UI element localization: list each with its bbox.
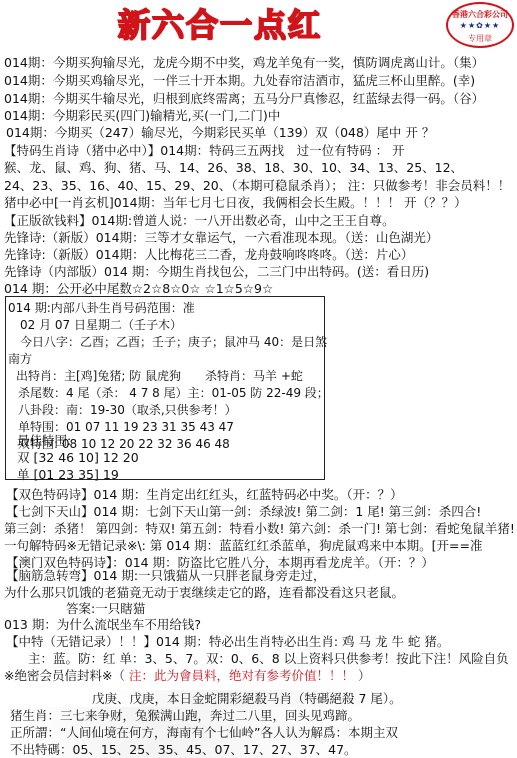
text-line: 第三剑：杀猪！ 第四剑：特双! 第五剑：特看小数! 第六剑：杀一门! 第七剑：看… [4,520,515,537]
text-line: 为什么那只饥饿的老猫竟无动于衷继续走它的路，连看都没看这只老鼠。 [4,584,404,601]
text-line: 24、23、35、16、40、15、29、20、（本期可稳鼠杀肖）； 注：只做参… [4,177,510,194]
text-line: 猪中必中[一肖玄机]014期：当年七月七日夜，我俩相会长生殿。！！！ 开（？？） [4,194,467,211]
stamp-stars-icon: ★★✿★★ [448,21,512,30]
box-line: 出特肖：主[鸡]兔猪; 防 鼠虎狗 杀特肖：马羊 +蛇 [16,368,303,385]
box-line: 单 [01 23 35] 19 [17,466,119,483]
text-line: 014 期：公开必中尾数☆2☆8☆0☆ ☆1☆5☆9☆ [4,280,273,297]
box-line: 02 月 07 日星期二（壬子木） [20,317,182,334]
text-line: 先锋诗:（新版）014期：人比梅花三二香，龙舟鼓响咚咚咚。（送：片心） [4,246,413,263]
box-line: 杀尾数：4 尾（杀： 4 7 8 尾）主：01-05 防 22-49 段； [18,385,329,402]
stamp-company-name: 香港六合彩公司 [448,9,512,20]
company-stamp: 香港六合彩公司 ★★✿★★ 专用章 [446,2,514,48]
text-line: 【七剑下天山】014 期：七剑下天山第一剑：杀绿波! 第二剑：1 尾! 第三剑：… [6,503,481,520]
text-line: 013 期：为什么流氓坐车不用给钱? [4,616,201,633]
text-line: 先锋诗:（新版）014期：三等才女靠运气，一六看准现本现。（送：山色湖光） [4,229,438,246]
text-line: 猴、龙、鼠、鸡、狗、猪、马、14、26、38、18、30、10、34、13、25… [4,159,463,176]
text-line: 014期：今期买鸡输尽光，一伴三十开本期。九处春帘洁酒市，猛虎三杯山里醉。(幸) [4,72,475,89]
text-line: 014期：今期彩民买(四门)输精光,买(一门,二门)中 [4,107,280,124]
box-line: 最佳特围: [17,432,71,449]
text-line: 先锋诗（内部版）014 期：今期生肖找包公，二三门中出特码。(送：看日历) [4,263,429,280]
box-line: 双 [32 46 10] 12 20 [17,449,139,466]
text-line: 【中特（无错记录）！！】014 期：特必出生肖特必出生肖: 鸡 马 龙 牛 蛇 … [6,633,449,650]
box-line: 八卦段：南：19-30（取杀,只供参考！） [18,402,237,419]
footer-line: 戊庚、戊庚，本日金蛇開彩絕殺马肖（特碼絕殺 7 尾）。 [92,690,402,707]
text-line: 【脑筋急转弯】014 期:一只饿猫从一只胖老鼠身旁走过， [6,567,326,584]
member-open-paren: （ [112,668,125,683]
header: 新六合一点红 香港六合彩公司 ★★✿★★ 专用章 [0,0,517,50]
footer-line: 猪生肖：三七来争财，兔猴满山跑，奔过二八里，回头见鸡蹄。 [10,707,360,724]
answer-line: 答案:一只瞎猫 [66,600,145,617]
page-title: 新六合一点红 [110,4,330,46]
text-line: 014期：今期买牛输尽光，归根到底终需离；五马分尸真惨忍，红蓝绿去得一码。（谷） [4,90,484,107]
box-line: 今日八字：乙酉；乙酉；壬子；庚子；鼠冲马 40：是日煞 [20,334,327,351]
stamp-label: 专用章 [448,33,512,44]
text-line: 014期：今期买狗输尽光，龙虎今期不中奖，鸡龙羊兔有一奖，慎防调虎离山计。（集） [4,54,484,71]
footer-line: 不出特碼：05、15、25、35、45、07、17、27、37、47。 [10,741,357,758]
member-close-paren: ） [358,668,371,683]
box-line: 南方 [8,351,32,368]
text-line: 主：蓝。防：红 单：3、5、7。双：0、6、8 以上资料只供参考！按此下注！风险… [28,650,509,667]
box-title: 014 期:内部八卦生肖号码范围：准 [8,300,195,317]
text-line: 【正版欲钱料】014期:曾道人说：一八开出数必奇，山中之王王自尊。 [4,212,395,229]
text-line: 014期：今期买（247）输尽光，今期彩民买单（139）双（048）尾中 开 ？ [6,124,434,141]
footer-line: 正所謂：“人间仙境在何方，海南有个七仙岭”各人认为解爲：本期主双 [10,724,398,741]
text-line: 【双色特码诗】014 期：生肖定出红红头，红蓝特码必中奖。（开：？） [6,486,403,503]
text-line: 【特码生肖诗（猪中必中）】014期：特码三五两找 过一位有特码 ： 开 [4,142,405,159]
text-line: 一句解特码※无错记录※\: 第 014 期：蓝蓝红红杀蓝单，狗虎鼠鸡来中本期。[… [4,537,482,554]
member-note: 注：此为會員料，绝对有参考价值！！！ [129,668,354,683]
member-prefix: ※绝密会员信封料※ [4,668,112,683]
member-line: ※绝密会员信封料※（ 注：此为會員料，绝对有参考价值！！！ ） [4,667,370,684]
